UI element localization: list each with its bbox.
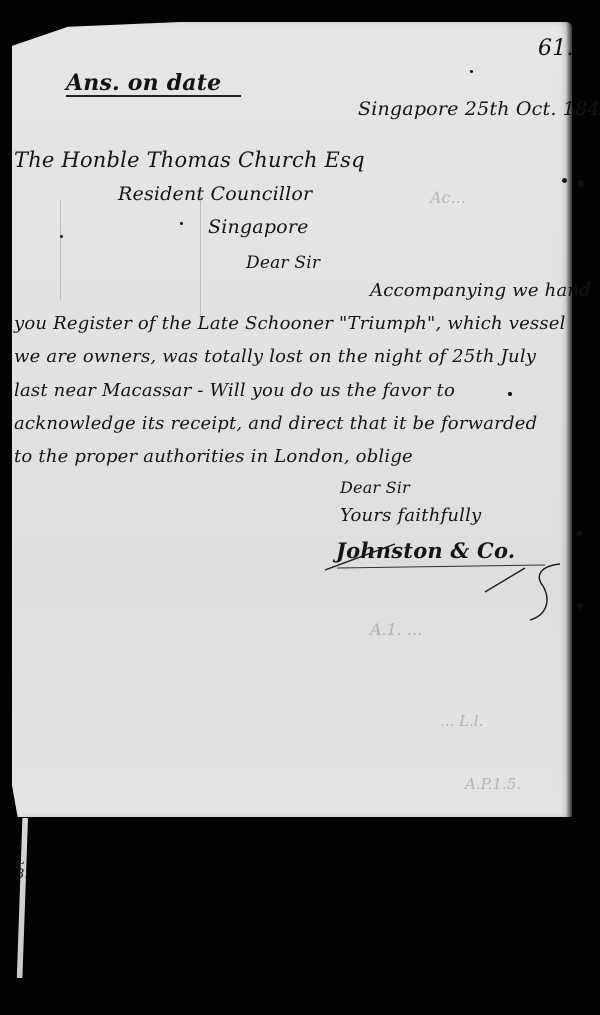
body-line-1: Accompanying we hand — [370, 280, 591, 301]
bleedthrough-text-1: Ac... — [430, 188, 466, 207]
docket-note: Ans. on date — [66, 70, 221, 96]
page-number: 61. — [538, 36, 574, 61]
addressee-name: The Honble Thomas Church Esq — [14, 148, 365, 172]
body-line-5: acknowledge its receipt, and direct that… — [14, 413, 537, 434]
ink-speck — [562, 178, 567, 183]
body-line-2: you Register of the Late Schooner "Trium… — [14, 313, 566, 334]
body-line-6: to the proper authorities in London, obl… — [14, 446, 413, 467]
ink-speck — [508, 392, 512, 396]
signature-flourish-icon — [315, 540, 585, 630]
bleedthrough-text-4: A.P.1.5. — [465, 775, 521, 793]
salutation: Dear Sir — [246, 253, 320, 273]
bleedthrough-text-2: A.1. ... — [370, 620, 422, 639]
closing-yours-faithfully: Yours faithfully — [340, 505, 481, 526]
ink-speck — [577, 180, 584, 187]
underlying-page-margin-marks: 1 L 8. — [16, 840, 30, 882]
addressee-location: Singapore — [208, 216, 309, 238]
paper-fold-mark — [200, 190, 201, 320]
body-line-4: last near Macassar - Will you do us the … — [14, 380, 455, 401]
closing-dear-sir: Dear Sir — [340, 478, 410, 497]
ink-speck — [470, 70, 473, 73]
addressee-title: Resident Councillor — [118, 183, 312, 205]
paper-fold-mark-left — [60, 200, 61, 300]
ink-speck — [180, 222, 183, 225]
ink-speck — [577, 531, 582, 536]
page-right-edge-shadow — [566, 22, 572, 817]
ink-speck — [60, 235, 63, 238]
bleedthrough-text-3: ... L.l. — [440, 712, 483, 730]
docket-underline — [66, 95, 241, 97]
ink-speck — [577, 603, 583, 609]
place-date: Singapore 25th Oct. 1848 — [358, 98, 600, 120]
body-line-3: we are owners, was totally lost on the n… — [14, 346, 536, 367]
